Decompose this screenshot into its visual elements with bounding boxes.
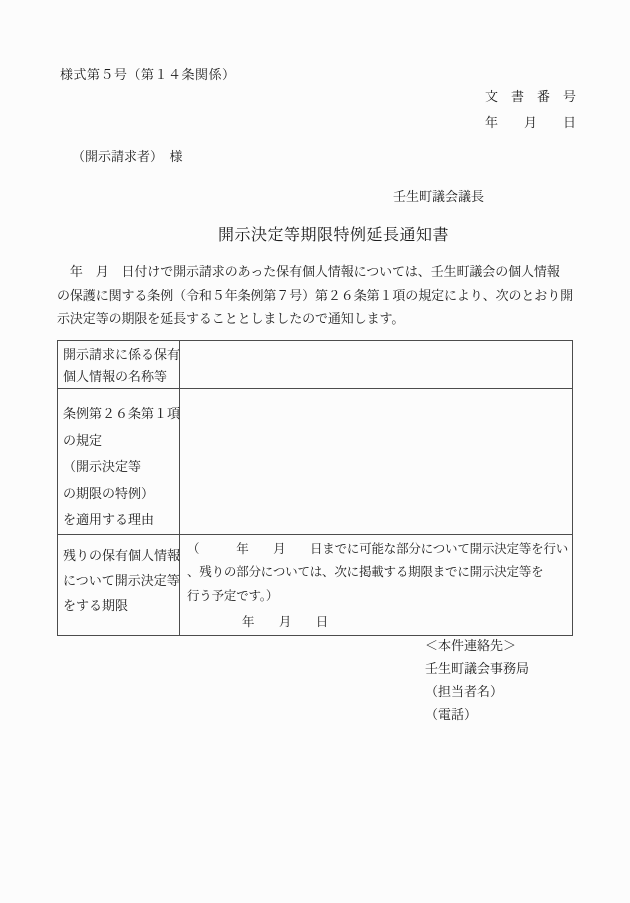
row-label: 開示請求に係る保有 個人情報の名称等 bbox=[58, 341, 179, 388]
addressee-line: （開示請求者） 様 bbox=[72, 146, 183, 165]
body-paragraph: 年 月 日付けで開示請求のあった保有個人情報については、壬生町議会の個人情報 の… bbox=[57, 260, 581, 331]
row-label-cell: 条例第２６条第１項 の規定（開示決定等 の期限の特例） を適用する理由 bbox=[58, 389, 180, 535]
row-value-note: （ 年 月 日までに可能な部分について開示決定等を行い 、残りの部分については、… bbox=[180, 535, 572, 609]
row-label-cell: 開示請求に係る保有 個人情報の名称等 bbox=[58, 341, 180, 389]
contact-office: 壬生町議会事務局 bbox=[425, 657, 529, 680]
row-label: 残りの保有個人情報 について開示決定等 をする期限 bbox=[58, 535, 179, 618]
document-page: 様式第５号（第１４条関係） 文 書 番 号 年 月 日 （開示請求者） 様 壬生… bbox=[0, 0, 630, 903]
row-label: 条例第２６条第１項 の規定（開示決定等 の期限の特例） を適用する理由 bbox=[58, 389, 179, 534]
row-value-cell: （ 年 月 日までに可能な部分について開示決定等を行い 、残りの部分については、… bbox=[180, 534, 573, 635]
row-value-cell bbox=[180, 389, 573, 535]
doc-number-line: 文 書 番 号 bbox=[485, 84, 576, 110]
sender-line: 壬生町議会議長 bbox=[393, 186, 484, 205]
doc-meta-block: 文 書 番 号 年 月 日 bbox=[485, 84, 576, 135]
row-value bbox=[180, 389, 572, 392]
table-row: 開示請求に係る保有 個人情報の名称等 bbox=[58, 341, 573, 389]
table-row: 残りの保有個人情報 について開示決定等 をする期限 （ 年 月 日までに可能な部… bbox=[58, 534, 573, 635]
contact-phone: （電話） bbox=[425, 703, 529, 726]
row-value bbox=[180, 341, 572, 344]
table-row: 条例第２６条第１項 の規定（開示決定等 の期限の特例） を適用する理由 bbox=[58, 389, 573, 535]
contact-person: （担当者名） bbox=[425, 680, 529, 703]
form-number: 様式第５号（第１４条関係） bbox=[60, 64, 236, 83]
doc-date-line: 年 月 日 bbox=[485, 110, 576, 136]
page-title: 開示決定等期限特例延長通知書 bbox=[218, 222, 449, 245]
row-value-date: 年 月 日 bbox=[180, 608, 572, 635]
contact-header: ＜本件連絡先＞ bbox=[425, 634, 529, 657]
row-label-cell: 残りの保有個人情報 について開示決定等 をする期限 bbox=[58, 534, 180, 635]
row-value-cell bbox=[180, 341, 573, 389]
contact-block: ＜本件連絡先＞ 壬生町議会事務局 （担当者名） （電話） bbox=[425, 634, 529, 726]
deadline-table: 開示請求に係る保有 個人情報の名称等 条例第２６条第１項 の規定（開示決定等 の… bbox=[57, 340, 573, 636]
